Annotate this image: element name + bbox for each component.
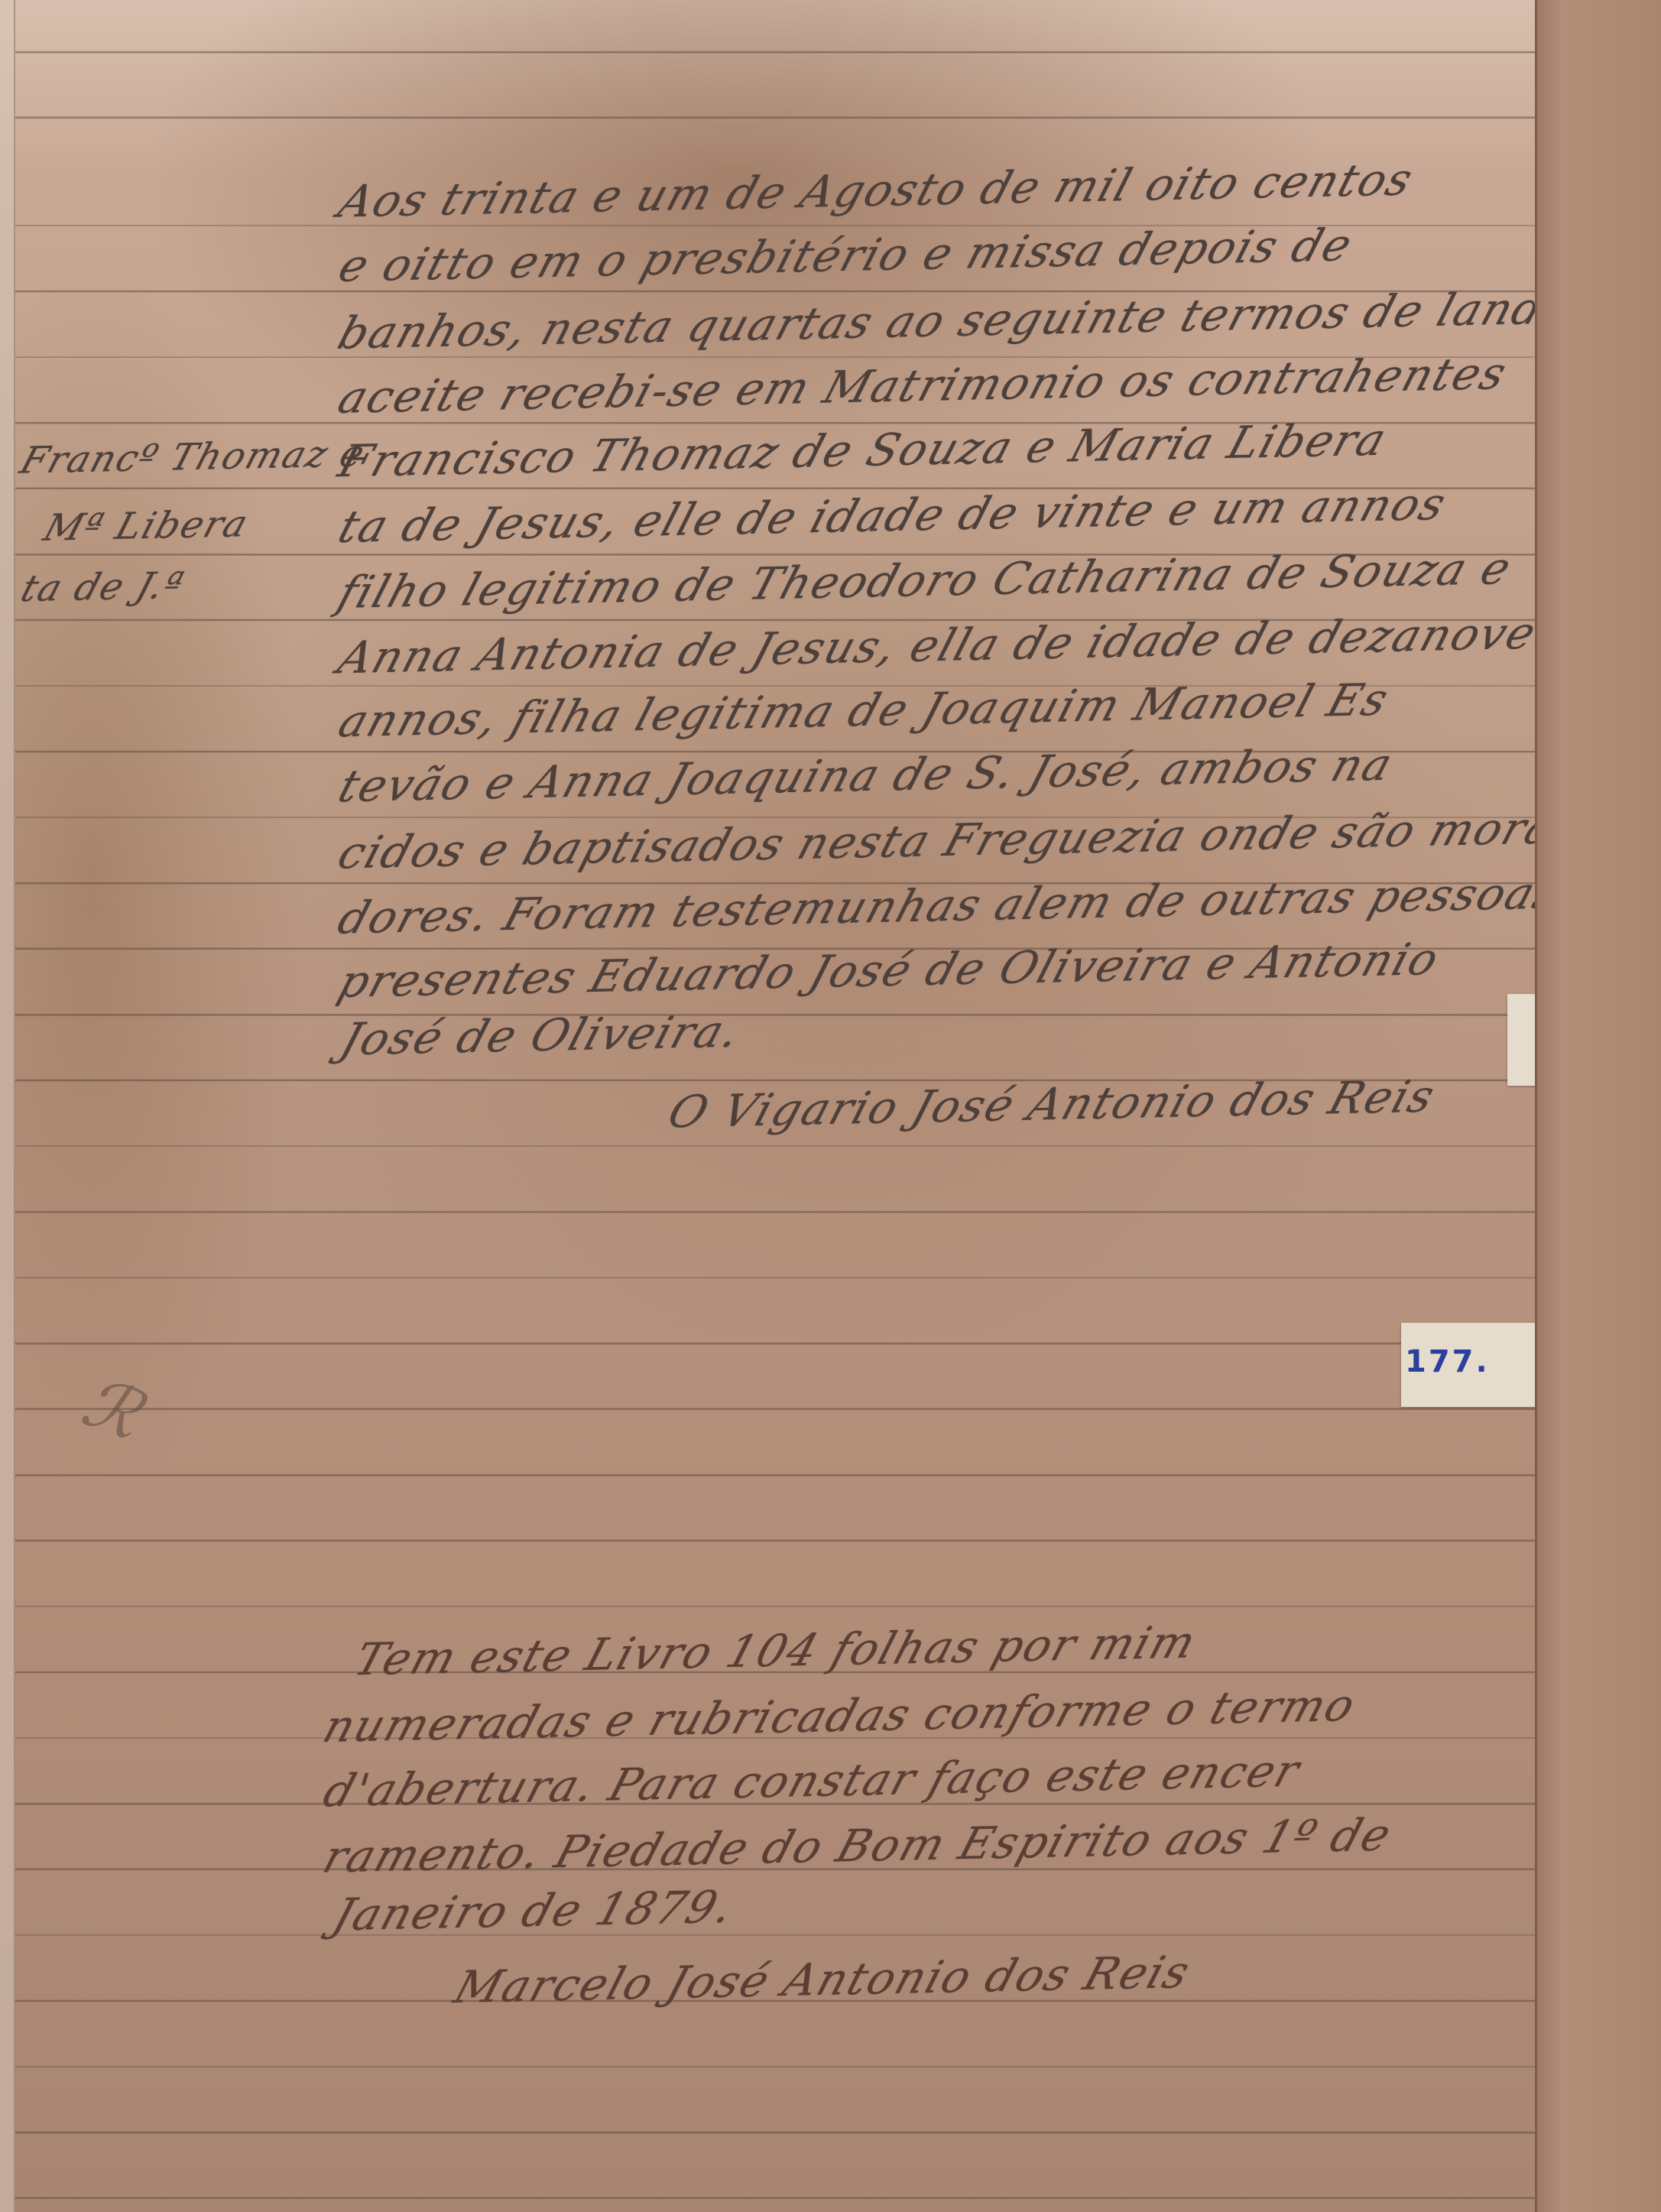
book-spine-edge: [1535, 0, 1661, 2212]
register-page: Francº Thomaz e Mª Libera ta de J.ª Aos …: [0, 0, 1536, 2212]
entry-line: José de Oliveira.: [335, 1005, 748, 1066]
marginal-note-line: ta de J.ª: [16, 564, 190, 610]
closing-line: Janeiro de 1879.: [327, 1881, 741, 1941]
left-margin-strip: [0, 0, 15, 2212]
paper-slip-small: [1507, 994, 1538, 1086]
marginal-note-line: Francº Thomaz e: [15, 432, 371, 482]
marginal-note-line: Mª Libera: [39, 502, 255, 549]
slip-number: 177.: [1405, 1344, 1490, 1379]
